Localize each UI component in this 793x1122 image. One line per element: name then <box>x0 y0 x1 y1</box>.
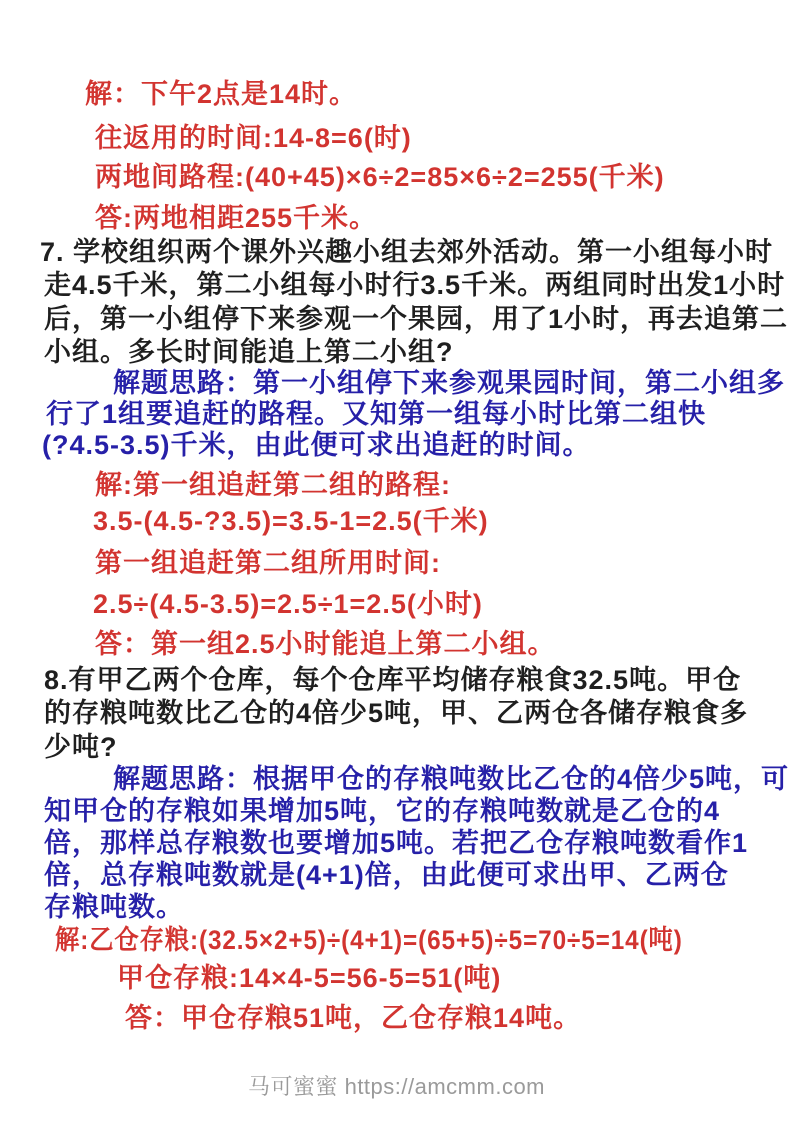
footer-credit: 马可蜜蜜 https://amcmm.com <box>0 1070 793 1101</box>
text-line: 小组。多长时间能追上第二小组? <box>44 338 454 366</box>
page: { "colors": { "red": "#d23430", "blue": … <box>0 0 793 1122</box>
text-line: 7. 学校组织两个课外兴趣小组去郊外活动。第一小组每小时 <box>40 238 773 266</box>
text-line: 答：第一组2.5小时能追上第二小组。 <box>95 630 556 658</box>
text-line: 知甲仓的存粮如果增加5吨，它的存粮吨数就是乙仓的4 <box>44 797 720 825</box>
text-line: 甲仓存粮:14×4-5=56-5=51(吨) <box>117 964 501 992</box>
text-line: 答：甲仓存粮51吨，乙仓存粮14吨。 <box>125 1004 581 1032</box>
text-line: 解题思路：根据甲仓的存粮吨数比乙仓的4倍少5吨，可 <box>113 765 789 793</box>
text-line: 行了1组要追赶的路程。又知第一组每小时比第二组快 <box>46 400 706 428</box>
text-line: 解:乙仓存粮:(32.5×2+5)÷(4+1)=(65+5)÷5=70÷5=14… <box>55 926 683 954</box>
text-line: 两地间路程:(40+45)×6÷2=85×6÷2=255(千米) <box>95 163 665 191</box>
text-line: 往返用的时间:14-8=6(时) <box>95 124 412 152</box>
text-line: 倍，那样总存粮数也要增加5吨。若把乙仓存粮吨数看作1 <box>44 829 748 857</box>
text-line: 2.5÷(4.5-3.5)=2.5÷1=2.5(小时) <box>93 590 483 618</box>
text-line: 解题思路：第一小组停下来参观果园时间，第二小组多 <box>113 369 785 397</box>
text-line: 第一组追赶第二组所用时间: <box>95 549 441 577</box>
text-line: 的存粮吨数比乙仓的4倍少5吨，甲、乙两仓各储存粮食多 <box>44 699 748 727</box>
text-line: 走4.5千米，第二小组每小时行3.5千米。两组同时出发1小时 <box>44 271 785 299</box>
text-line: 解：下午2点是14时。 <box>85 80 357 108</box>
text-line: 8.有甲乙两个仓库，每个仓库平均储存粮食32.5吨。甲仓 <box>44 666 741 694</box>
text-line: 少吨? <box>44 733 118 761</box>
worksheet-page: 解：下午2点是14时。往返用的时间:14-8=6(时)两地间路程:(40+45)… <box>0 0 793 1122</box>
text-line: 解:第一组追赶第二组的路程: <box>95 471 451 499</box>
text-line: 倍，总存粮吨数就是(4+1)倍，由此便可求出甲、乙两仓 <box>44 861 729 889</box>
text-line: 后，第一小组停下来参观一个果园，用了1小时，再去追第二 <box>44 305 788 333</box>
text-line: 3.5-(4.5-?3.5)=3.5-1=2.5(千米) <box>93 507 489 535</box>
text-line: 存粮吨数。 <box>44 893 184 921</box>
text-line: (?4.5-3.5)千米，由此便可求出追赶的时间。 <box>42 431 591 459</box>
text-line: 答:两地相距255千米。 <box>95 204 377 232</box>
